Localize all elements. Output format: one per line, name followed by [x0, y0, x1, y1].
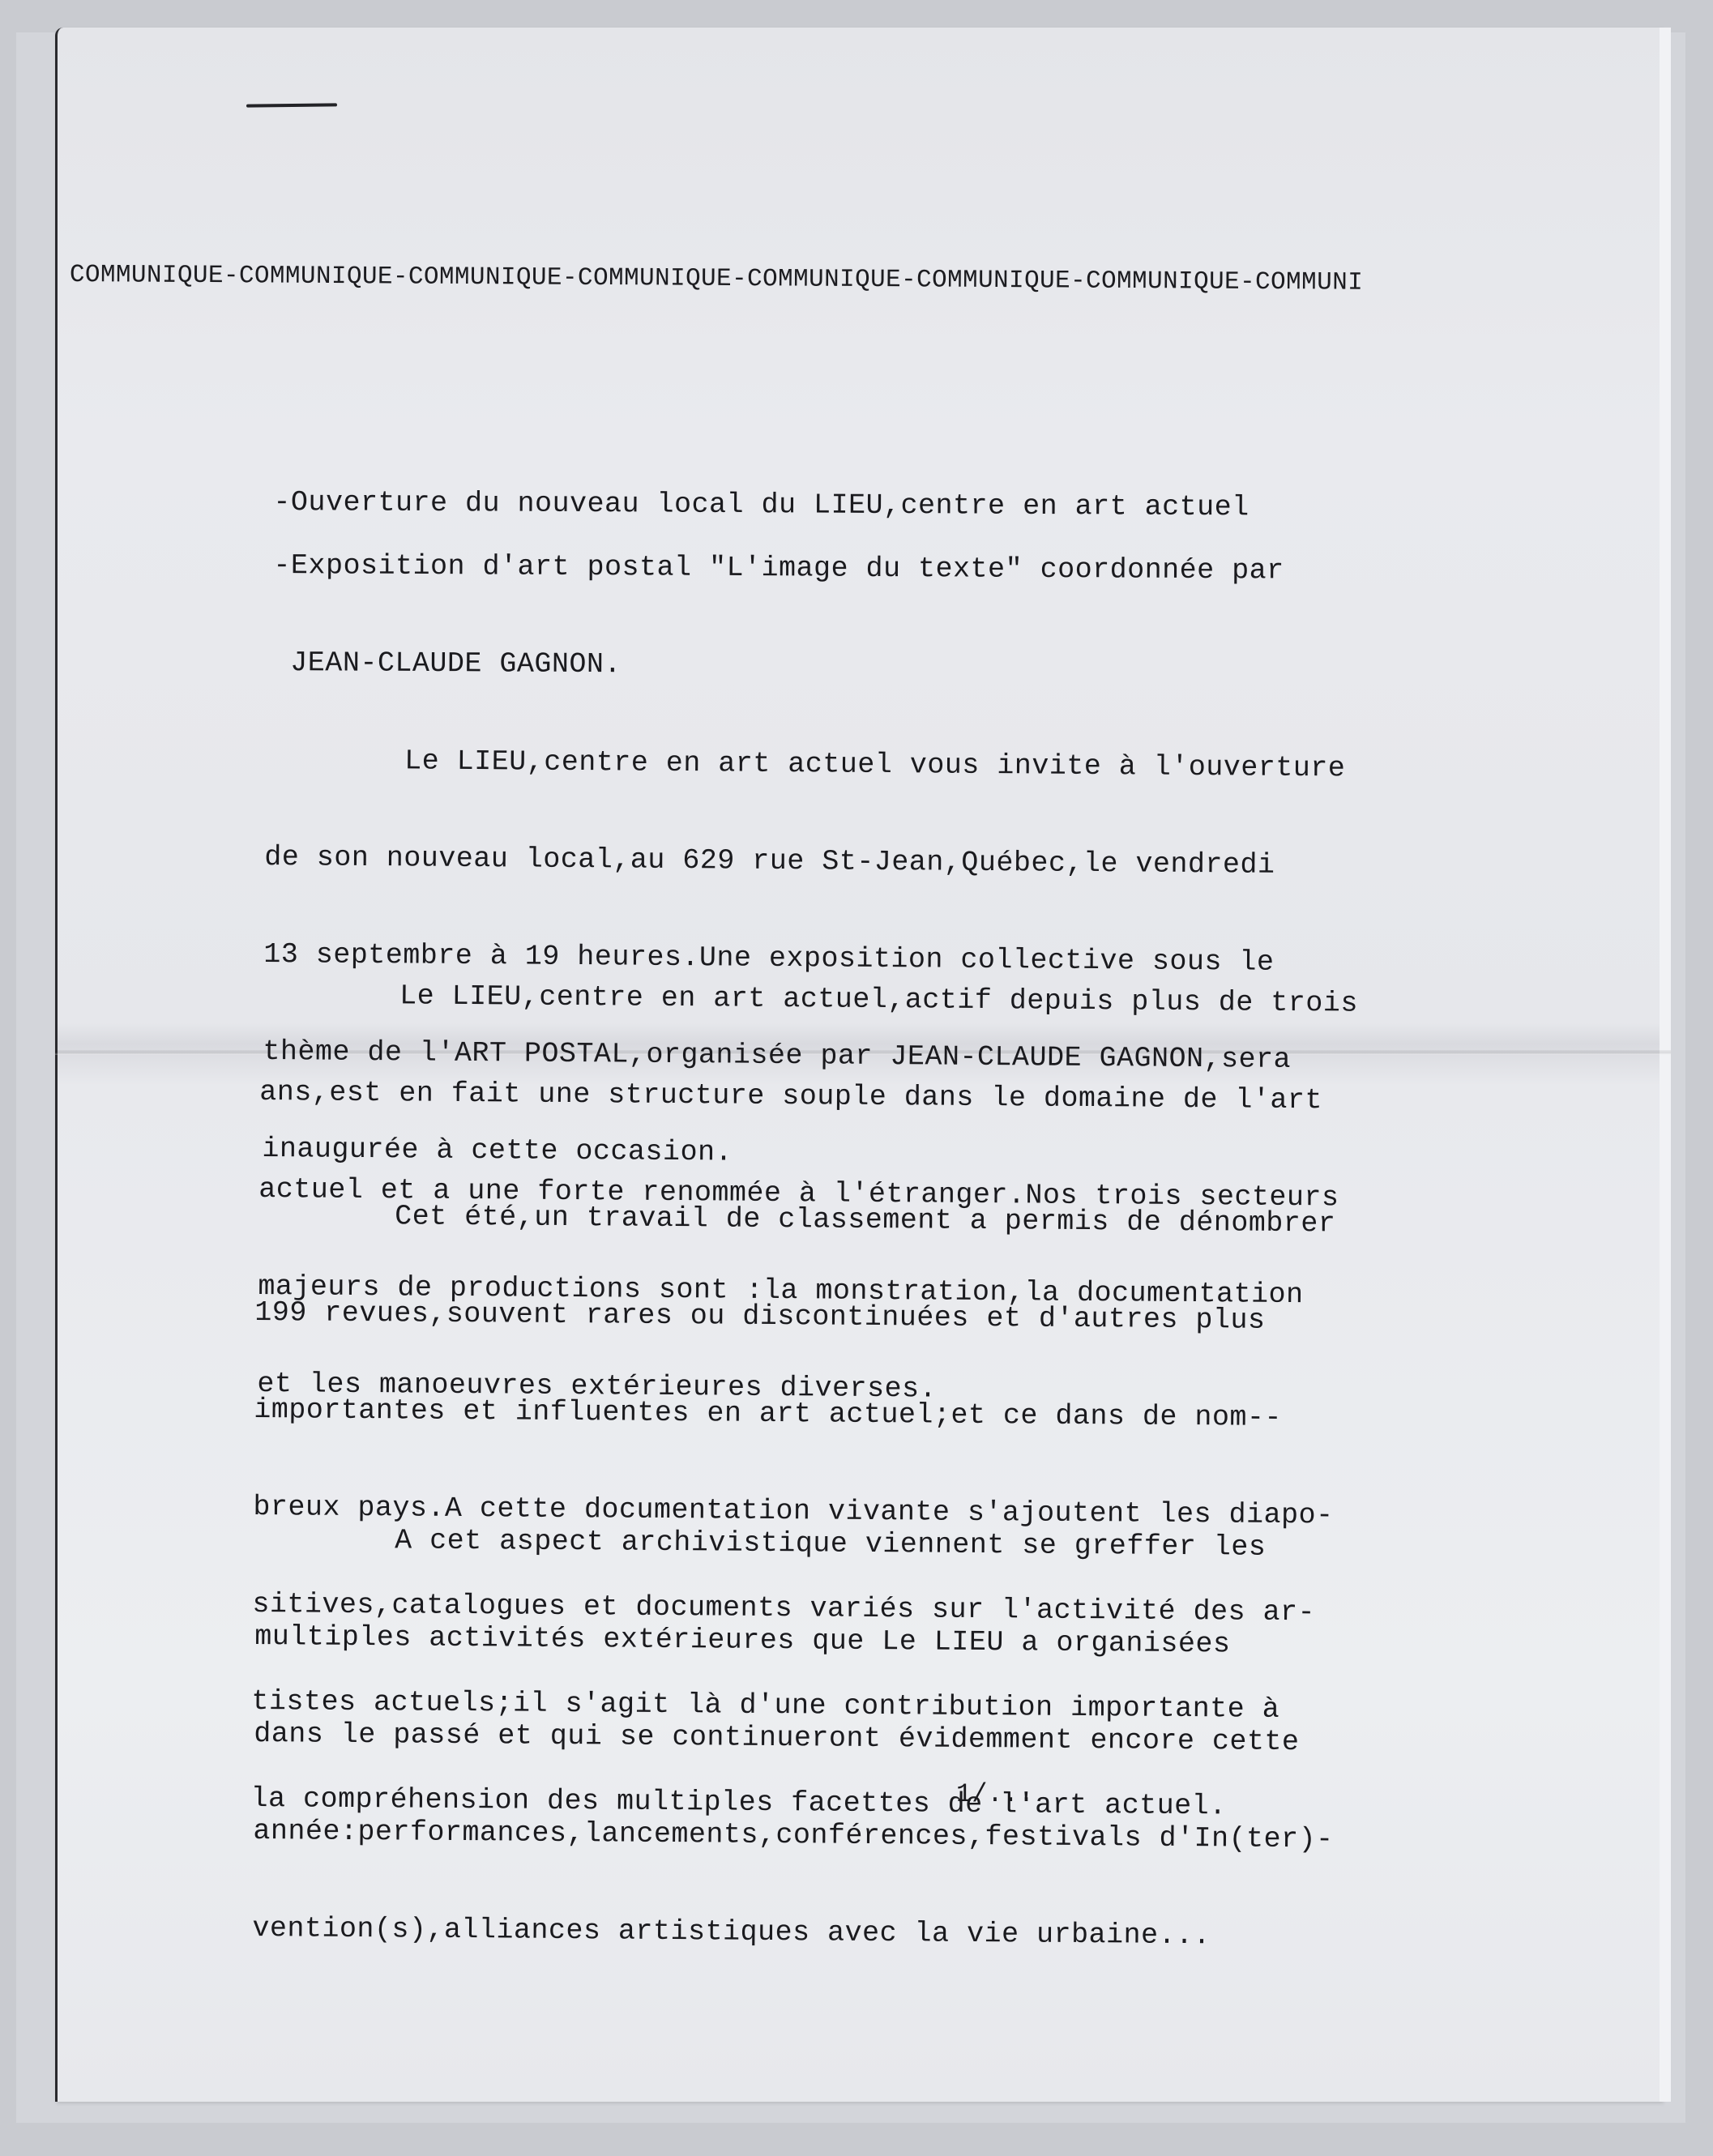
- text-line: importantes et influentes en art actuel;…: [254, 1394, 1334, 1434]
- paper-edge: [1660, 28, 1671, 2102]
- page-marker: 1/...: [956, 1779, 1034, 1809]
- text-line: Le LIEU,centre en art actuel,actif depui…: [260, 979, 1358, 1020]
- text-line: de son nouveau local,au 629 rue St-Jean,…: [264, 841, 1344, 882]
- text-line: 199 revues,souvent rares ou discontinuée…: [254, 1296, 1335, 1337]
- text-line: Le LIEU,centre en art actuel vous invite…: [265, 744, 1345, 784]
- text-line: ans,est en fait une structure souple dan…: [259, 1076, 1357, 1117]
- text-line: multiples activités extérieures que Le L…: [254, 1620, 1335, 1661]
- text-line: JEAN-CLAUDE GAGNON.: [273, 647, 1284, 685]
- text-line: -Exposition d'art postal "L'image du tex…: [273, 549, 1284, 587]
- text-line: année:performances,lancements,conférence…: [253, 1815, 1333, 1855]
- text-line: Cet été,un travail de classement a permi…: [255, 1199, 1335, 1240]
- text-line: dans le passé et qui se continueront évi…: [254, 1718, 1334, 1758]
- text-line: A cet aspect archivistique viennent se g…: [255, 1523, 1335, 1564]
- text-line: vention(s),alliances artistiques avec la…: [252, 1912, 1332, 1953]
- paragraph-activities: A cet aspect archivistique viennent se g…: [252, 1458, 1336, 1985]
